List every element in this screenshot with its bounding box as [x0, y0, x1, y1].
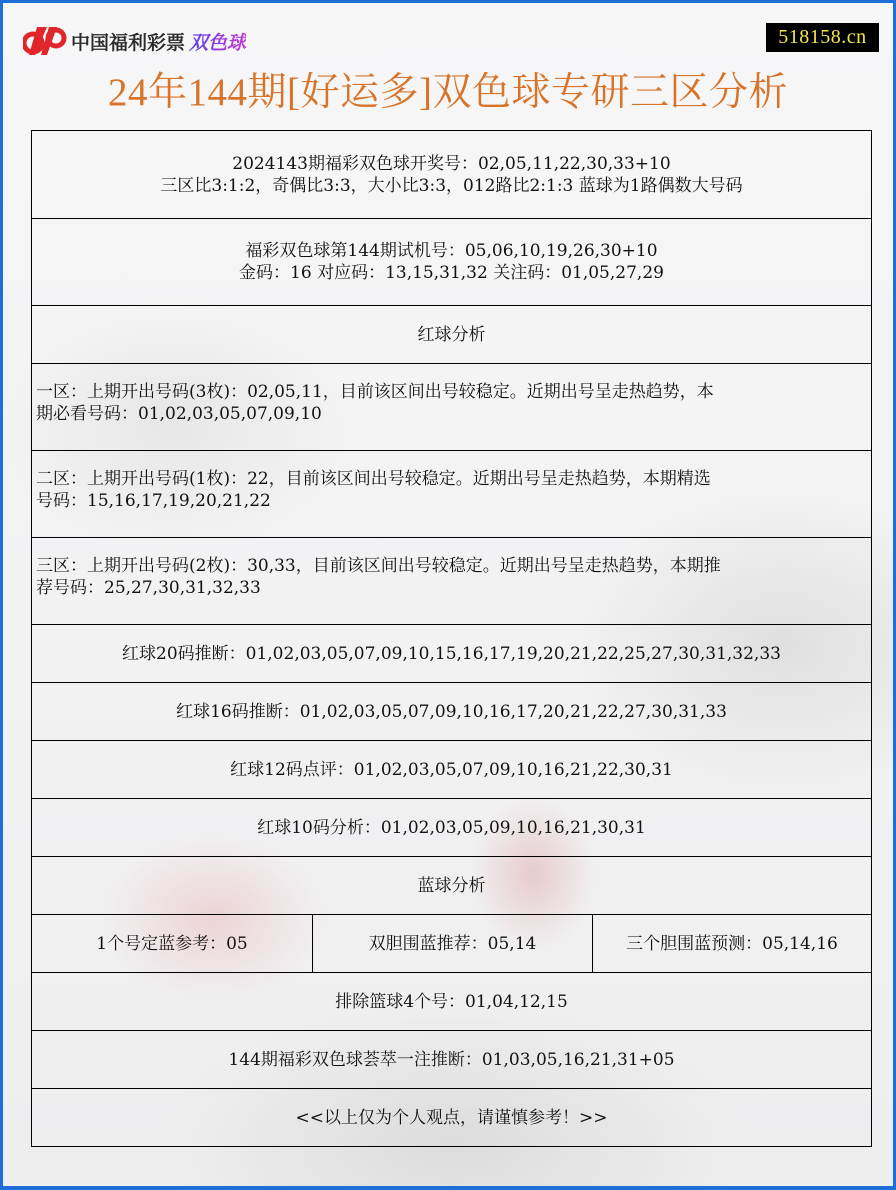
test-numbers-line: 福彩双色球第144期试机号：05,06,10,19,26,30+10	[239, 240, 664, 262]
blue-triple-cell: 三个胆围蓝预测：05,14,16	[592, 915, 871, 972]
cwl-logo-icon	[23, 23, 67, 59]
blue-picks-row: 1个号定蓝参考：05 双胆围蓝推荐：05,14 三个胆围蓝预测：05,14,16	[32, 914, 871, 972]
blue-double-text: 双胆围蓝推荐：05,14	[369, 933, 537, 955]
blue-heading-text: 蓝球分析	[418, 875, 486, 897]
zone3-line1: 三区：上期开出号码(2枚)：30,33，目前该区间出号较稳定。近期出号呈走热趋势…	[36, 555, 721, 577]
zone2-line2: 号码：15,16,17,19,20,21,22	[36, 490, 711, 512]
zone2-row: 二区：上期开出号码(1枚)：22，目前该区间出号较稳定。近期出号呈走热趋势，本期…	[32, 450, 871, 537]
page-frame: 中国福利彩票 双色球 518158.cn 24年144期[好运多]双色球专研三区…	[0, 0, 896, 1190]
red12-row: 红球12码点评：01,02,03,05,07,09,10,16,21,22,30…	[32, 740, 871, 798]
zone3-line2: 荐号码：25,27,30,31,32,33	[36, 577, 721, 599]
zone3-row: 三区：上期开出号码(2枚)：30,33，目前该区间出号较稳定。近期出号呈走热趋势…	[32, 537, 871, 624]
blue-analysis-heading: 蓝球分析	[32, 856, 871, 914]
red10-text: 红球10码分析：01,02,03,05,09,10,16,21,30,31	[257, 817, 646, 839]
lottery-logo: 中国福利彩票 双色球	[23, 23, 246, 59]
red16-text: 红球16码推断：01,02,03,05,07,09,10,16,17,20,21…	[176, 701, 727, 723]
blue-triple-text: 三个胆围蓝预测：05,14,16	[626, 933, 838, 955]
red16-row: 红球16码推断：01,02,03,05,07,09,10,16,17,20,21…	[32, 682, 871, 740]
site-badge[interactable]: 518158.cn	[766, 23, 879, 52]
zone1-row: 一区：上期开出号码(3枚)：02,05,11，目前该区间出号较稳定。近期出号呈走…	[32, 363, 871, 450]
red-heading-text: 红球分析	[418, 324, 486, 346]
analysis-table: 2024143期福彩双色球开奖号：02,05,11,22,30,33+10 三区…	[31, 130, 872, 1147]
red-analysis-heading: 红球分析	[32, 305, 871, 363]
zone1-line1: 一区：上期开出号码(3枚)：02,05,11，目前该区间出号较稳定。近期出号呈走…	[36, 381, 714, 403]
red20-text: 红球20码推断：01,02,03,05,07,09,10,15,16,17,19…	[122, 643, 781, 665]
blue-exclude-row: 排除篮球4个号：01,04,12,15	[32, 972, 871, 1030]
blue-double-cell: 双胆围蓝推荐：05,14	[312, 915, 592, 972]
blue-single-cell: 1个号定蓝参考：05	[32, 915, 312, 972]
zone1-line2: 期必看号码：01,02,03,05,07,09,10	[36, 403, 714, 425]
draw-result-row: 2024143期福彩双色球开奖号：02,05,11,22,30,33+10 三区…	[32, 131, 871, 218]
zone2-line1: 二区：上期开出号码(1枚)：22，目前该区间出号较稳定。近期出号呈走热趋势，本期…	[36, 468, 711, 490]
test-numbers-row: 福彩双色球第144期试机号：05,06,10,19,26,30+10 金码：16…	[32, 218, 871, 305]
draw-stats-line: 三区比3:1:2，奇偶比3:3，大小比3:3，012路比2:1:3 蓝球为1路偶…	[160, 175, 742, 197]
single-pick-text: 144期福彩双色球荟萃一注推断：01,03,05,16,21,31+05	[228, 1049, 674, 1071]
red12-text: 红球12码点评：01,02,03,05,07,09,10,16,21,22,30…	[230, 759, 673, 781]
single-pick-row: 144期福彩双色球荟萃一注推断：01,03,05,16,21,31+05	[32, 1030, 871, 1088]
red20-row: 红球20码推断：01,02,03,05,07,09,10,15,16,17,19…	[32, 624, 871, 682]
key-codes-line: 金码：16 对应码：13,15,31,32 关注码：01,05,27,29	[239, 262, 664, 284]
logo-subtitle: 双色球	[189, 28, 246, 55]
red10-row: 红球10码分析：01,02,03,05,09,10,16,21,30,31	[32, 798, 871, 856]
blue-single-text: 1个号定蓝参考：05	[96, 933, 247, 955]
disclaimer-row: <<以上仅为个人观点，请谨慎参考！>>	[32, 1088, 871, 1146]
logo-text: 中国福利彩票	[71, 28, 185, 55]
page-title: 24年144期[好运多]双色球专研三区分析	[3, 65, 893, 121]
blue-exclude-text: 排除篮球4个号：01,04,12,15	[335, 991, 568, 1013]
disclaimer-text: <<以上仅为个人观点，请谨慎参考！>>	[296, 1107, 608, 1129]
draw-result-line: 2024143期福彩双色球开奖号：02,05,11,22,30,33+10	[160, 153, 742, 175]
